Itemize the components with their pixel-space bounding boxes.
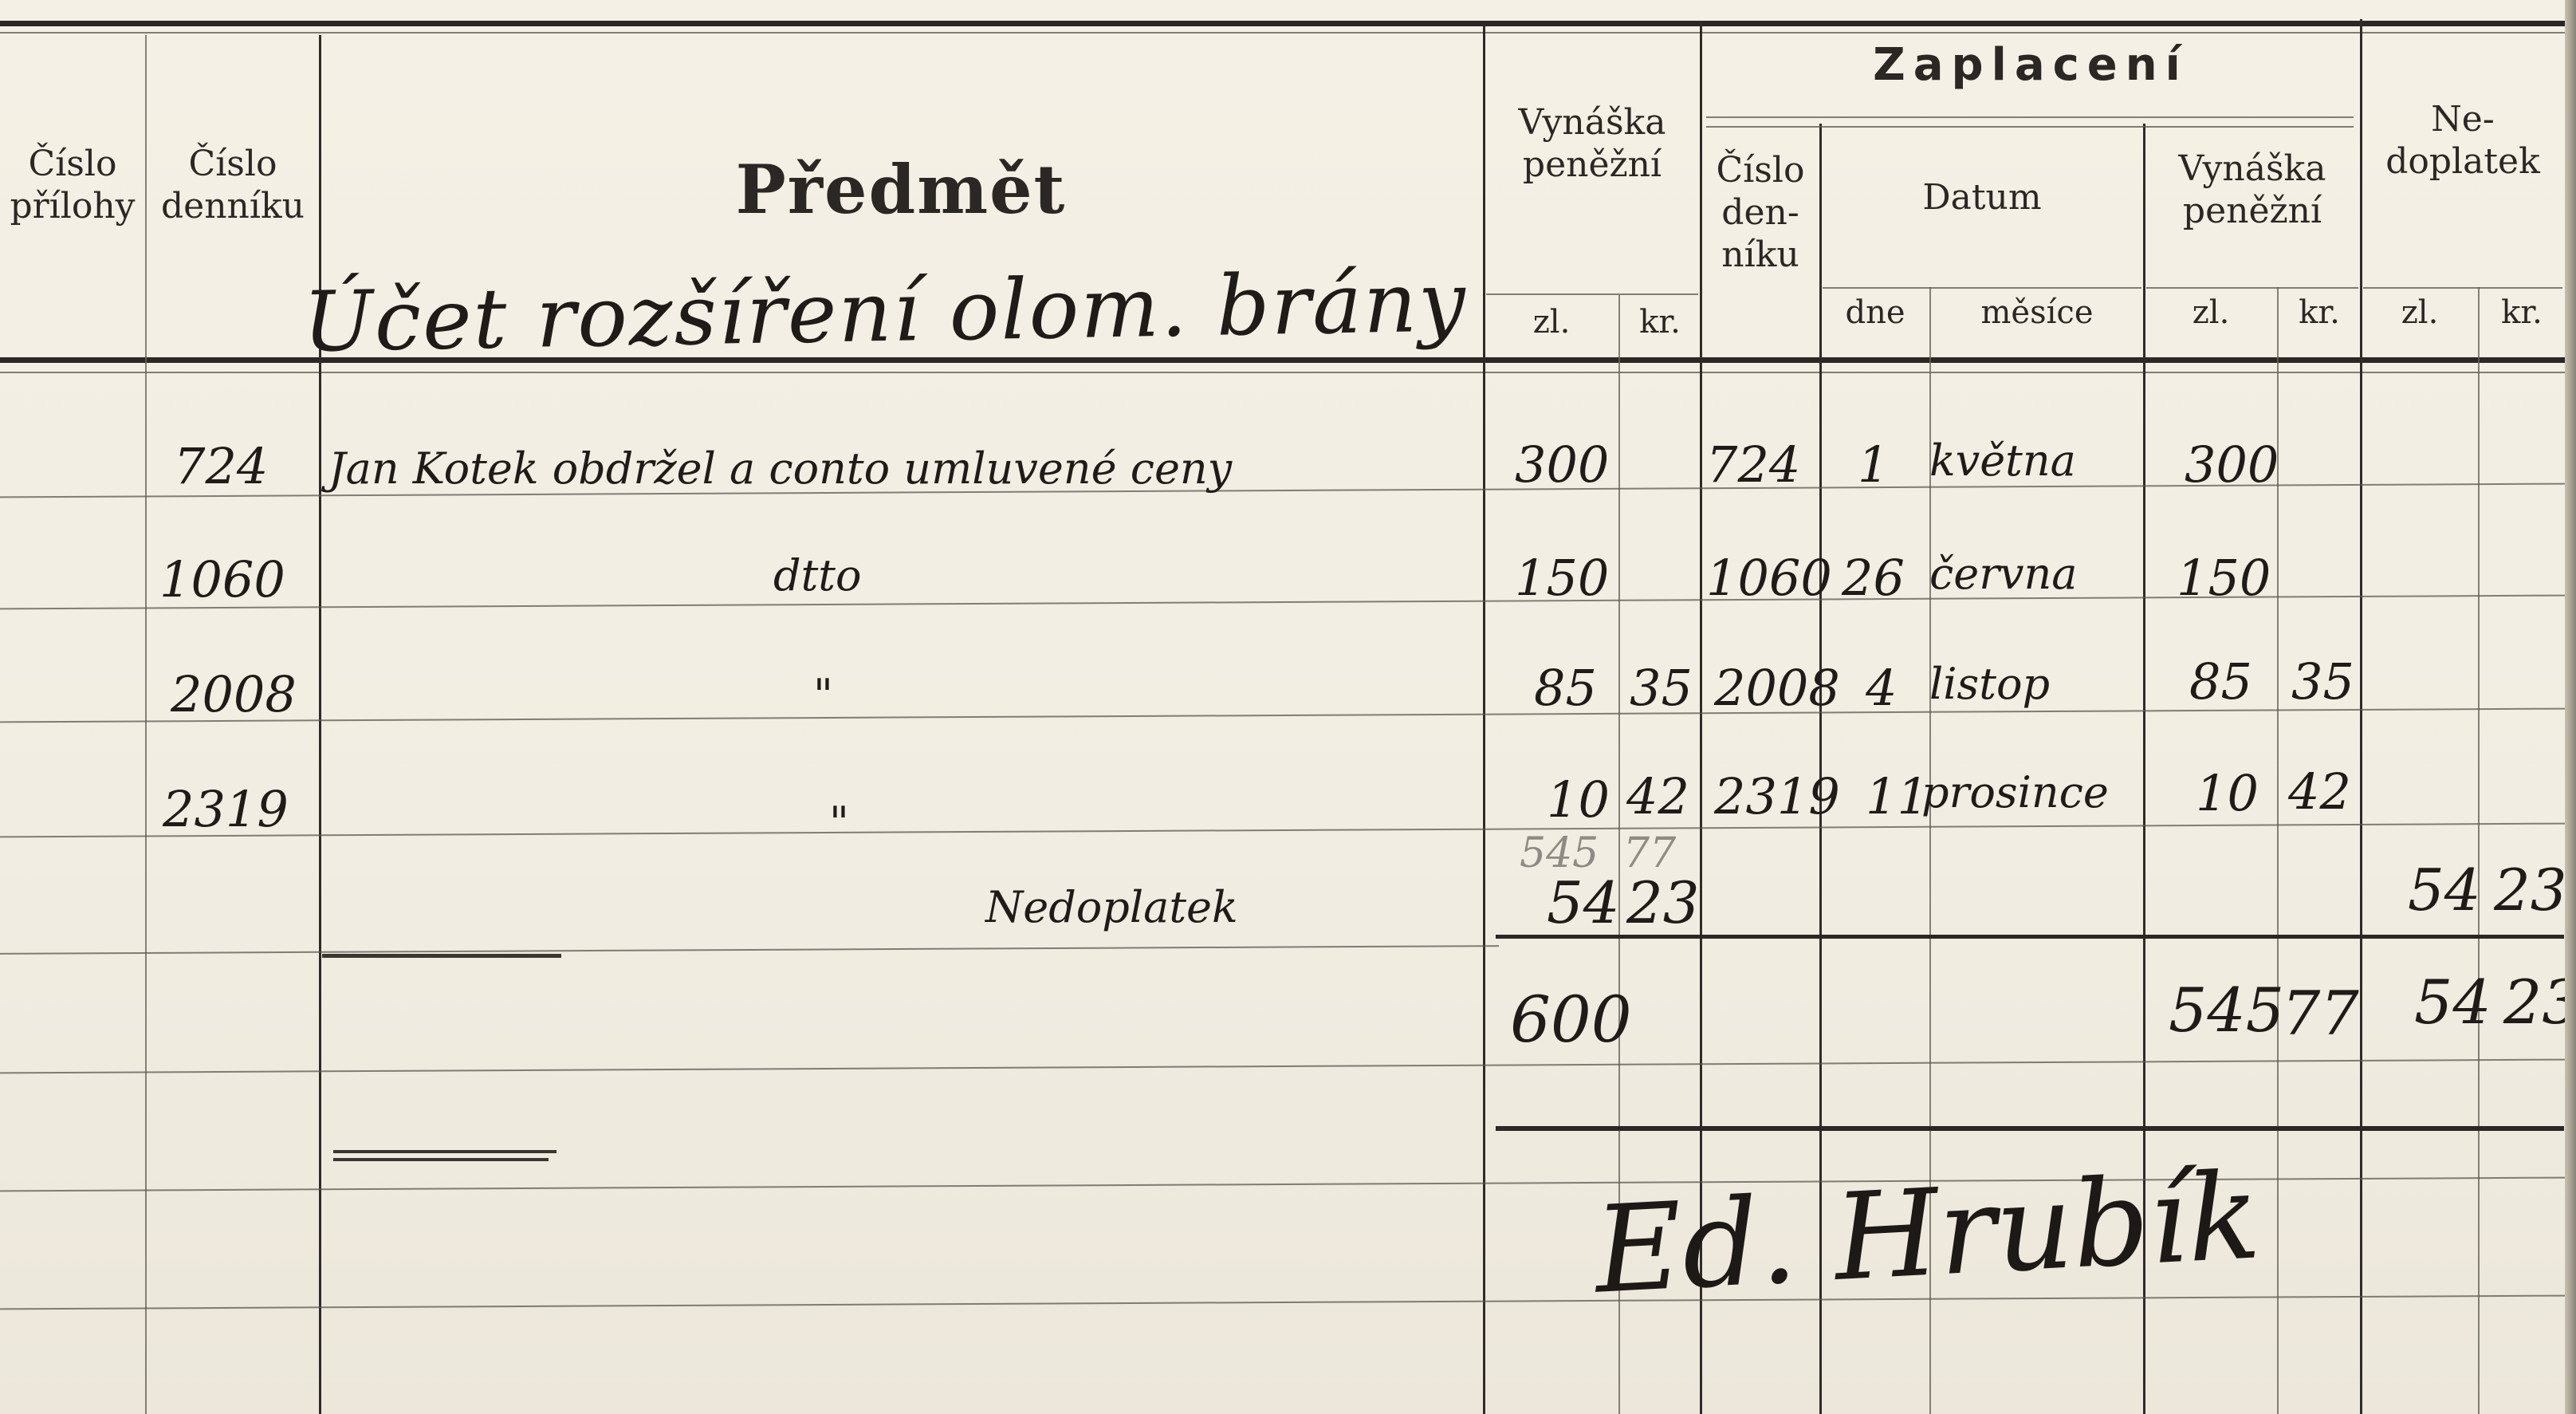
total-rule — [1496, 1126, 2564, 1131]
col-rule-ned-zl — [2478, 287, 2480, 1414]
header-nedoplatek-line1: Ne- — [2362, 99, 2564, 141]
row2-denik: 1060 — [159, 550, 285, 609]
zaplaceni-group-rule — [1706, 116, 2354, 118]
header-nedoplatek: Ne- doplatek — [2362, 99, 2564, 183]
row4-zap-zl: 10 — [2196, 764, 2259, 822]
predmet-short-rule — [322, 954, 561, 958]
header-cislo-denniku-zap: Číslo den- níku — [1701, 150, 1819, 276]
col-rule-predmet — [1483, 24, 1485, 1414]
signature: Ed. Hrubík — [1591, 1147, 2263, 1320]
total-zaplaceno-zl: 545 — [2169, 975, 2284, 1046]
header-datum-dne: dne — [1821, 293, 1929, 332]
header-vynaska-penezni: Vynáška peněžní — [1485, 102, 1700, 187]
header-cislo-den-line3: níku — [1701, 234, 1819, 277]
header-bottom-thin-rule — [0, 372, 2565, 373]
row1-zap-dne: 1 — [1858, 435, 1889, 494]
unit-vynaska-kr: kr. — [1620, 303, 1700, 341]
row3-vynaska-kr: 35 — [1630, 659, 1693, 717]
row4-vynaska-zl: 10 — [1547, 770, 1610, 829]
header-predmet: Předmět — [319, 150, 1483, 230]
row1-predmet: Jan Kotek obdržel a conto umluvené ceny — [328, 443, 1232, 494]
header-cislo-denniku: Číslo denníku — [147, 144, 319, 228]
zap-vynaska-unit-rule — [2146, 287, 2358, 289]
header-cislo-prilohy-line1: Číslo — [0, 144, 145, 186]
row-rule-6 — [0, 1059, 2565, 1074]
header-zap-vynaska-line2: peněžní — [2145, 191, 2360, 233]
total-nedoplatek-zl: 54 — [2414, 967, 2491, 1038]
total-zaplaceno-kr: 77 — [2282, 978, 2359, 1049]
zaplaceni-group-rule-2 — [1706, 126, 2354, 128]
header-cislo-prilohy: Číslo přílohy — [0, 144, 145, 228]
datum-unit-rule — [1823, 287, 2141, 289]
ned-unit-rule — [2363, 287, 2562, 289]
row4-zap-kr: 42 — [2288, 762, 2351, 821]
nedoplatek-vynaska-zl: 54 — [1547, 869, 1620, 936]
row4-zap-cislo: 2319 — [1714, 767, 1840, 825]
top-border-rule — [0, 21, 2565, 26]
top-thin-rule — [0, 32, 2565, 33]
predmet-double-rule-a — [333, 1150, 556, 1153]
row4-zap-mesice: prosince — [1921, 767, 2109, 817]
header-cislo-den-line1: Číslo — [1701, 150, 1819, 192]
row1-zap-cislo: 724 — [1706, 435, 1800, 494]
row1-denik: 724 — [174, 437, 268, 495]
header-cislo-prilohy-line2: přílohy — [0, 186, 145, 228]
header-datum: Datum — [1821, 177, 2143, 219]
row3-vynaska-zl: 85 — [1534, 659, 1597, 717]
row2-predmet: dtto — [773, 550, 861, 601]
header-zap-vynaska-penezni: Vynáška peněžní — [2145, 148, 2360, 233]
row4-denik: 2319 — [163, 780, 289, 838]
header-vynaska-line2: peněžní — [1485, 144, 1700, 187]
nedoplatek-ned-zl: 54 — [2408, 857, 2481, 924]
total-vynaska-zl: 600 — [1510, 983, 1632, 1057]
book-binding-edge — [2565, 0, 2576, 1414]
row3-zap-cislo: 2008 — [1714, 659, 1840, 717]
header-datum-mesice: měsíce — [1931, 293, 2143, 332]
vynaska-unit-rule — [1486, 293, 1698, 295]
header-cislo-denniku-line1: Číslo — [147, 144, 319, 186]
row1-zap-zl: 300 — [2185, 435, 2279, 494]
row2-zap-zl: 150 — [2177, 549, 2271, 607]
nedoplatek-label: Nedoplatek — [985, 882, 1238, 932]
ledger-page: Číslo přílohy Číslo denníku Předmět Vyná… — [0, 0, 2576, 1414]
row2-zap-mesice: června — [1929, 549, 2078, 599]
header-nedoplatek-line2: doplatek — [2362, 141, 2564, 183]
row2-zap-cislo: 1060 — [1706, 549, 1832, 607]
unit-zap-kr: kr. — [2279, 293, 2360, 332]
account-title: Účet rozšíření olom. brány — [302, 253, 1468, 370]
row4-zap-dne: 11 — [1866, 767, 1929, 825]
predmet-double-rule-b — [333, 1158, 549, 1161]
row1-vynaska-zl: 300 — [1515, 435, 1609, 494]
header-zaplaceni-group: Zaplacení — [1701, 38, 2360, 92]
row4-vynaska-kr: 42 — [1626, 767, 1689, 825]
col-rule-zaplaceni — [2360, 19, 2362, 1414]
row3-denik: 2008 — [171, 665, 297, 723]
row-rule-4 — [0, 823, 2565, 838]
unit-zap-zl: zl. — [2145, 293, 2277, 332]
row-rule-3 — [0, 708, 2565, 723]
header-cislo-den-line2: den- — [1701, 192, 1819, 234]
row3-zap-kr: 35 — [2291, 652, 2354, 711]
row-rule-8 — [0, 1295, 2565, 1310]
nedoplatek-vynaska-kr: 23 — [1626, 869, 1700, 936]
row4-predmet: " — [829, 798, 849, 848]
header-vynaska-line1: Vynáška — [1485, 102, 1700, 144]
nedoplatek-ned-kr: 23 — [2494, 857, 2567, 924]
unit-vynaska-zl: zl. — [1485, 303, 1618, 341]
row2-vynaska-zl: 150 — [1515, 549, 1609, 607]
unit-ned-kr: kr. — [2480, 293, 2564, 332]
unit-ned-zl: zl. — [2362, 293, 2478, 332]
row3-predmet: " — [813, 670, 833, 720]
row3-zap-dne: 4 — [1866, 659, 1897, 717]
row3-zap-mesice: listop — [1929, 659, 2050, 709]
row2-zap-dne: 26 — [1842, 549, 1905, 607]
header-zap-vynaska-line1: Vynáška — [2145, 148, 2360, 191]
header-cislo-denniku-line2: denníku — [147, 186, 319, 228]
col-rule-prilohy — [145, 35, 147, 1414]
row3-zap-zl: 85 — [2189, 652, 2252, 711]
col-rule-denniku — [319, 35, 321, 1414]
row-rule-5 — [0, 945, 1499, 955]
row1-zap-mesice: května — [1929, 435, 2076, 486]
